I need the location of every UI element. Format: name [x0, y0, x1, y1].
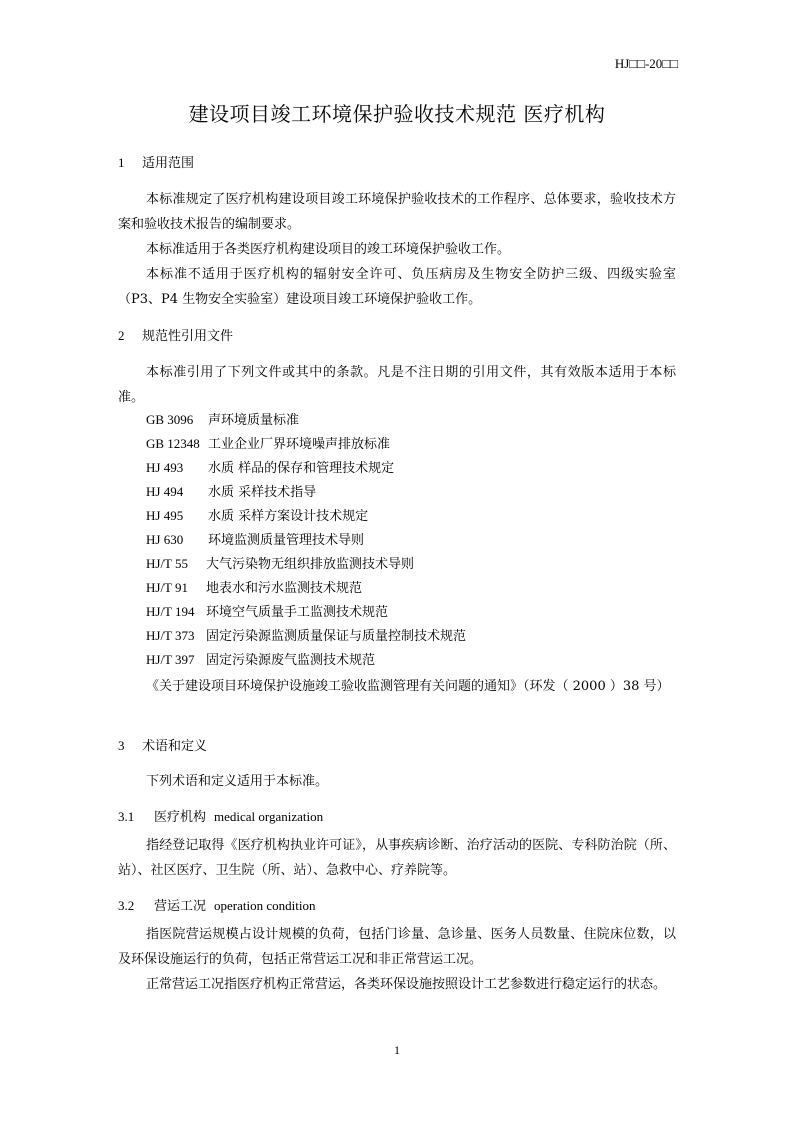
reference-code: HJ 495: [146, 504, 208, 528]
section-title: 规范性引用文件: [142, 329, 233, 344]
reference-notice: 《关于建设项目环境保护设施竣工验收监测管理有关问题的通知》（环发（ 2000 ）…: [118, 674, 676, 699]
reference-item: HJ/T 55大气污染物无组织排放监测技术导则: [146, 552, 414, 577]
subsection-number: 3.2: [118, 898, 154, 914]
document-page: HJ□□-20□□ 建设项目竣工环境保护验收技术规范 医疗机构 1适用范围 本标…: [0, 0, 794, 1123]
paragraph: 指经登记取得《医疗机构执业许可证》，从事疾病诊断、治疗活动的医院、专科防治院（所…: [118, 833, 676, 883]
reference-item: HJ 630环境监测质量管理技术导则: [146, 528, 364, 553]
reference-name: 水质 采样技术指导: [208, 485, 316, 500]
reference-code: HJ/T 55: [146, 552, 206, 576]
section-number: 2: [118, 328, 142, 344]
reference-code: HJ/T 397: [146, 648, 206, 672]
document-title: 建设项目竣工环境保护验收技术规范 医疗机构: [0, 98, 794, 127]
reference-item: HJ/T 373固定污染源监测质量保证与质量控制技术规范: [146, 624, 466, 649]
reference-name: 大气污染物无组织排放监测技术导则: [206, 557, 414, 572]
paragraph: 本标准引用了下列文件或其中的条款。凡是不注日期的引用文件，其有效版本适用于本标准…: [118, 360, 676, 410]
reference-code: GB 3096: [146, 408, 208, 432]
reference-code: HJ 494: [146, 480, 208, 504]
paragraph: 指医院营运规模占设计规模的负荷，包括门诊量、急诊量、医务人员数量、住院床位数，以…: [118, 922, 676, 972]
subsection-title-en: medical organization: [214, 809, 323, 824]
paragraph: 正常营运工况指医疗机构正常营运，各类环保设施按照设计工艺参数进行稳定运行的状态。: [118, 972, 676, 997]
reference-code: GB 12348: [146, 432, 208, 456]
paragraph: 本标准规定了医疗机构建设项目竣工环境保护验收技术的工作程序、总体要求，验收技术方…: [118, 187, 676, 237]
reference-name: 工业企业厂界环境噪声排放标准: [208, 437, 390, 452]
reference-item: HJ/T 91地表水和污水监测技术规范: [146, 576, 362, 601]
subsection-number: 3.1: [118, 809, 154, 825]
reference-item: HJ/T 194环境空气质量手工监测技术规范: [146, 600, 388, 625]
reference-item: GB 12348工业企业厂界环境噪声排放标准: [146, 432, 390, 457]
reference-item: HJ 495水质 采样方案设计技术规定: [146, 504, 368, 529]
section-title: 术语和定义: [142, 739, 207, 754]
reference-name: 声环境质量标准: [208, 413, 299, 428]
reference-name: 地表水和污水监测技术规范: [206, 581, 362, 596]
paragraph: 本标准不适用于医疗机构的辐射安全许可、负压病房及生物安全防护三级、四级实验室（P…: [118, 262, 676, 312]
reference-item: HJ/T 397固定污染源废气监测技术规范: [146, 648, 375, 673]
reference-name: 固定污染源废气监测技术规范: [206, 653, 375, 668]
document-code: HJ□□-20□□: [615, 56, 678, 72]
section-number: 1: [118, 155, 142, 171]
reference-code: HJ 493: [146, 456, 208, 480]
reference-item: HJ 493水质 样品的保存和管理技术规定: [146, 456, 394, 481]
subsection-title: 营运工况: [154, 899, 206, 914]
section-title: 适用范围: [142, 156, 194, 171]
section-number: 3: [118, 738, 142, 754]
subsection-title-en: operation condition: [214, 898, 315, 913]
reference-name: 水质 样品的保存和管理技术规定: [208, 461, 394, 476]
reference-name: 环境空气质量手工监测技术规范: [206, 605, 388, 620]
section-heading-2: 2规范性引用文件: [118, 325, 233, 344]
reference-code: HJ/T 91: [146, 576, 206, 600]
paragraph: 下列术语和定义适用于本标准。: [118, 769, 676, 794]
reference-code: HJ/T 373: [146, 624, 206, 648]
page-number: 1: [0, 1043, 794, 1058]
reference-code: HJ/T 194: [146, 600, 206, 624]
paragraph: 本标准适用于各类医疗机构建设项目的竣工环境保护验收工作。: [118, 237, 676, 262]
section-heading-3: 3术语和定义: [118, 735, 207, 754]
reference-item: GB 3096声环境质量标准: [146, 408, 299, 433]
section-heading-1: 1适用范围: [118, 152, 194, 171]
subsection-heading-3-2: 3.2营运工况operation condition: [118, 895, 315, 914]
reference-name: 环境监测质量管理技术导则: [208, 533, 364, 548]
reference-name: 水质 采样方案设计技术规定: [208, 509, 368, 524]
subsection-heading-3-1: 3.1医疗机构medical organization: [118, 806, 323, 825]
subsection-title: 医疗机构: [154, 810, 206, 825]
reference-name: 固定污染源监测质量保证与质量控制技术规范: [206, 629, 466, 644]
reference-item: HJ 494水质 采样技术指导: [146, 480, 316, 505]
reference-code: HJ 630: [146, 528, 208, 552]
